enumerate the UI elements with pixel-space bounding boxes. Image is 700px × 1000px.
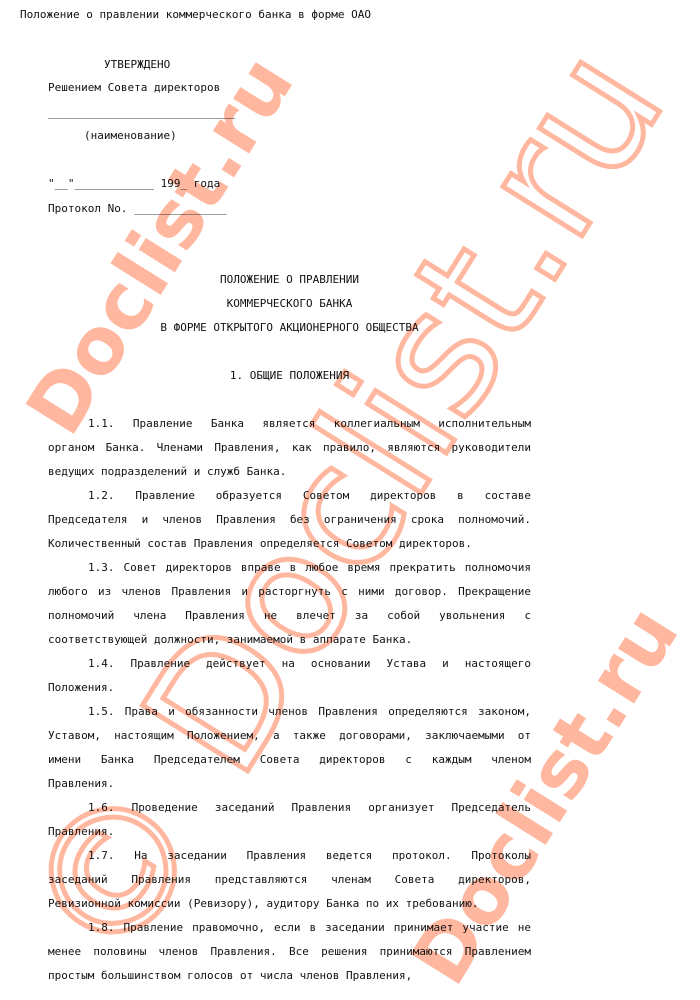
paragraph-line: полномочий члена Правления не влечет за … — [48, 604, 531, 628]
page-header: Положение о правлении коммерческого банк… — [20, 8, 371, 22]
approval-by: Решением Совета директоров — [48, 81, 220, 95]
paragraph-line: Правления. — [48, 820, 531, 844]
approval-title: УТВЕРЖДЕНО — [104, 58, 170, 72]
paragraph-line: простым большинством голосов от числа чл… — [48, 964, 531, 988]
paragraph-line: 1.3. Совет директоров вправе в любое вре… — [48, 556, 531, 580]
paragraph-line: органом Банка. Членами Правления, как пр… — [48, 436, 531, 460]
paragraph-4: 1.4. Правление действует на основании Ус… — [48, 652, 531, 700]
paragraph-line: менее половины членов Правления. Все реш… — [48, 940, 531, 964]
paragraph-line: Правления. — [48, 772, 531, 796]
paragraph-2: 1.2. Правление образуется Советом директ… — [48, 484, 531, 556]
approval-date-line: "__"____________ 199_ года — [48, 177, 220, 191]
doc-title-line-3: В ФОРМЕ ОТКРЫТОГО АКЦИОНЕРНОГО ОБЩЕСТВА — [48, 321, 531, 335]
paragraph-line: Ревизионной комиссии (Ревизору), аудитор… — [48, 892, 531, 916]
paragraph-8: 1.8. Правление правомочно, если в заседа… — [48, 916, 531, 988]
paragraph-line: соответствующей должности, занимаемой в … — [48, 628, 531, 652]
approval-name-hint: (наименование) — [84, 129, 177, 143]
paragraph-line: 1.1. Правление Банка является коллегиаль… — [48, 412, 531, 436]
paragraph-line: ведущих подразделений и служб Банка. — [48, 460, 531, 484]
paragraph-line: Председателя и членов Правления без огра… — [48, 508, 531, 532]
doc-title-line-1: ПОЛОЖЕНИЕ О ПРАВЛЕНИИ — [48, 273, 531, 287]
paragraph-line: 1.2. Правление образуется Советом директ… — [48, 484, 531, 508]
paragraph-line: Количественный состав Правления определя… — [48, 532, 531, 556]
paragraph-line: Уставом, настоящим Положением, а также д… — [48, 724, 531, 748]
paragraph-line: 1.8. Правление правомочно, если в заседа… — [48, 916, 531, 940]
paragraph-line: Положения. — [48, 676, 531, 700]
paragraph-line: 1.7. На заседании Правления ведется прот… — [48, 844, 531, 868]
paragraph-line: любого из членов Правления и расторгнуть… — [48, 580, 531, 604]
approval-blank-line: ______________________________ — [48, 106, 235, 120]
paragraph-line: имени Банка Председателем Совета директо… — [48, 748, 531, 772]
paragraph-1: 1.1. Правление Банка является коллегиаль… — [48, 412, 531, 484]
section-title: 1. ОБЩИЕ ПОЛОЖЕНИЯ — [48, 369, 531, 383]
document-page: Положение о правлении коммерческого банк… — [0, 0, 700, 1000]
approval-protocol-line: Протокол No. ______________ — [48, 202, 227, 216]
paragraph-line: заседаний Правления представляются члена… — [48, 868, 531, 892]
paragraph-line: 1.4. Правление действует на основании Ус… — [48, 652, 531, 676]
doc-title-line-2: КОММЕРЧЕСКОГО БАНКА — [48, 297, 531, 311]
paragraph-line: 1.6. Проведение заседаний Правления орга… — [48, 796, 531, 820]
paragraph-3: 1.3. Совет директоров вправе в любое вре… — [48, 556, 531, 652]
paragraph-5: 1.5. Права и обязанности членов Правлени… — [48, 700, 531, 796]
paragraph-7: 1.7. На заседании Правления ведется прот… — [48, 844, 531, 916]
paragraph-line: 1.5. Права и обязанности членов Правлени… — [48, 700, 531, 724]
paragraph-6: 1.6. Проведение заседаний Правления орга… — [48, 796, 531, 844]
